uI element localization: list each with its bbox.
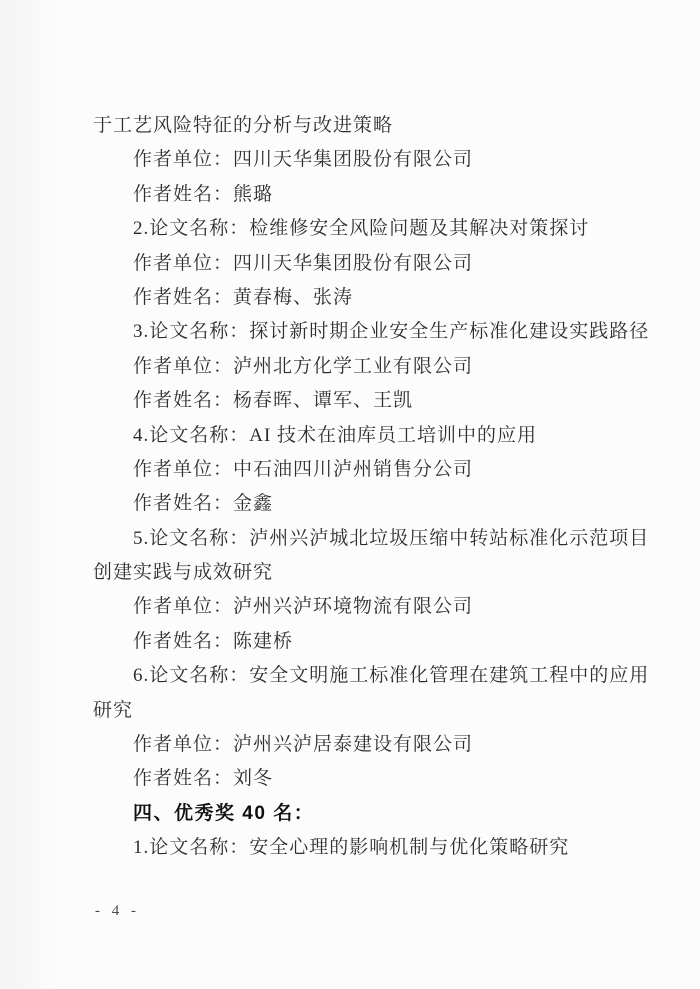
doc-line: 作者姓名：刘冬 xyxy=(93,762,617,796)
doc-line: 1.论文名称：安全心理的影响机制与优化策略研究 xyxy=(93,831,617,865)
doc-line: 研究 xyxy=(93,694,617,728)
doc-line: 作者单位：四川天华集团股份有限公司 xyxy=(93,247,617,281)
doc-line: 作者单位：四川天华集团股份有限公司 xyxy=(93,143,617,177)
doc-line: 作者单位：泸州北方化学工业有限公司 xyxy=(93,350,617,384)
scan-edge-shading xyxy=(0,0,58,989)
doc-line: 2.论文名称：检维修安全风险问题及其解决对策探讨 xyxy=(93,212,617,246)
doc-line: 作者姓名：陈建桥 xyxy=(93,625,617,659)
doc-line: 6.论文名称：安全文明施工标准化管理在建筑工程中的应用 xyxy=(93,659,617,693)
doc-line: 作者姓名：熊璐 xyxy=(93,178,617,212)
section-heading: 四、优秀奖 40 名： xyxy=(93,797,617,831)
doc-line: 作者姓名：杨春晖、谭军、王凯 xyxy=(93,384,617,418)
doc-line: 作者单位：泸州兴泸环境物流有限公司 xyxy=(93,590,617,624)
doc-line: 作者姓名：黄春梅、张涛 xyxy=(93,281,617,315)
doc-line: 作者姓名：金鑫 xyxy=(93,487,617,521)
doc-line: 作者单位：中石油四川泸州销售分公司 xyxy=(93,453,617,487)
document-body: 于工艺风险特征的分析与改进策略作者单位：四川天华集团股份有限公司作者姓名：熊璐2… xyxy=(93,109,617,866)
doc-line: 作者单位：泸州兴泸居泰建设有限公司 xyxy=(93,728,617,762)
page-number: - 4 - xyxy=(95,903,140,920)
doc-line: 于工艺风险特征的分析与改进策略 xyxy=(93,109,617,143)
doc-line: 5.论文名称：泸州兴泸城北垃圾压缩中转站标准化示范项目 xyxy=(93,522,617,556)
doc-line: 3.论文名称：探讨新时期企业安全生产标准化建设实践路径 xyxy=(93,315,617,349)
doc-line: 4.论文名称：AI 技术在油库员工培训中的应用 xyxy=(93,419,617,453)
doc-line: 创建实践与成效研究 xyxy=(93,556,617,590)
